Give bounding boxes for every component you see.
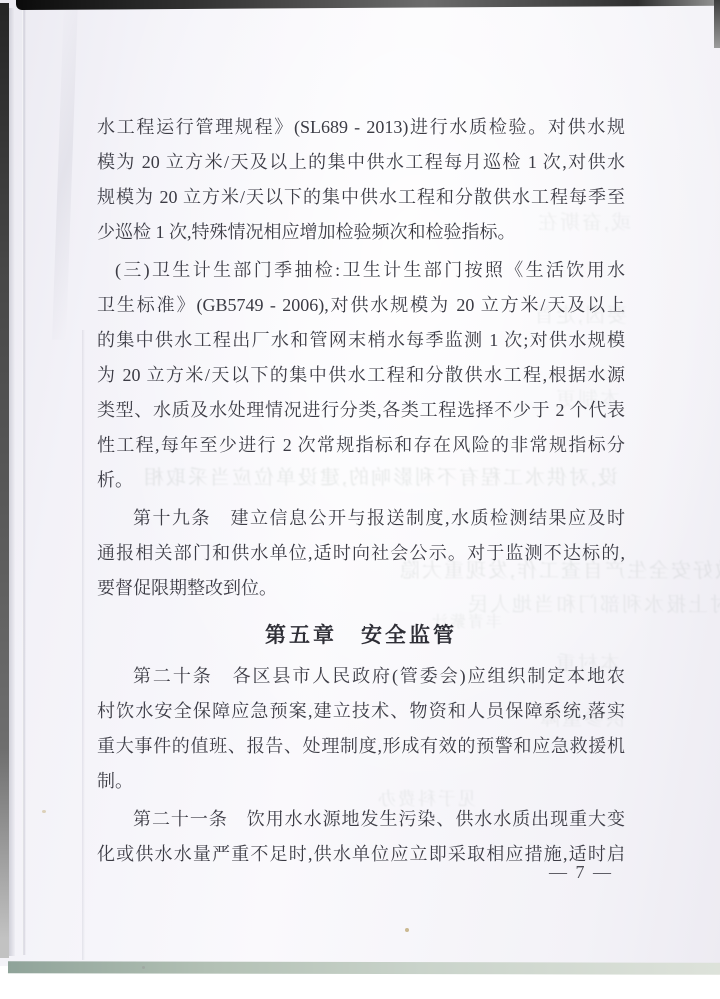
scanned-document-page: 或,奋斯在要因,走首本制更设,对供水工程有不利影响的,建设单位应当采取相要切实做… [0, 0, 720, 999]
text-line: 制。 [97, 764, 625, 799]
scanner-edge-bottom [8, 961, 720, 974]
text-line: 水工程运行管理规程》(SL689 - 2013)进行水质检验。对供水规 [97, 110, 625, 145]
text-line: 的集中供水工程出厂水和管网末梢水每季监测 1 次;对供水规模 [97, 323, 625, 358]
text-line: 第二十条 各区县市人民政府(管委会)应组织制定本地农 [97, 659, 625, 694]
text-line: 村饮水安全保障应急预案,建立技术、物资和人员保障系统,落实 [97, 694, 625, 729]
text-line: 通报相关部门和供水单位,适时向社会公示。对于监测不达标的, [97, 536, 625, 571]
paper-crease [22, 10, 26, 955]
text-line: 第二十一条 饮用水水源地发生污染、供水水质出现重大变 [97, 802, 625, 837]
text-line: (三)卫生计生部门季抽检:卫生计生部门按照《生活饮用水 [97, 253, 625, 288]
text-line: 第十九条 建立信息公开与报送制度,水质检测结果应及时 [97, 501, 625, 536]
text-line: 要督促限期整改到位。 [97, 571, 625, 606]
text-line: 重大事件的值班、报告、处理制度,形成有效的预警和应急救援机 [97, 729, 625, 764]
text-line: 化或供水水量严重不足时,供水单位应立即采取相应措施,适时启 [97, 837, 625, 872]
text-line: 性工程,每年至少进行 2 次常规指标和存在风险的非常规指标分 [97, 428, 625, 463]
text-line: 类型、水质及水处理情况进行分类,各类工程选择不少于 2 个代表 [97, 393, 625, 428]
text-line: 析。 [97, 463, 625, 498]
stain-speck [142, 966, 145, 969]
scanner-edge-right [714, 0, 720, 48]
paper-crease [82, 330, 85, 960]
chapter-heading: 第五章 安全监管 [97, 618, 625, 653]
stain-speck [42, 810, 46, 813]
page-stack-edge [9, 8, 15, 956]
text-line: 卫生标准》(GB5749 - 2006),对供水规模为 20 立方米/天及以上 [97, 288, 625, 323]
scanner-edge-left [0, 3, 9, 958]
stain-speck [405, 928, 409, 932]
text-line: 规模为 20 立方米/天以下的集中供水工程和分散供水工程每季至 [97, 180, 625, 215]
text-line: 为 20 立方米/天以下的集中供水工程和分散供水工程,根据水源 [97, 358, 625, 393]
text-line: 少巡检 1 次,特殊情况相应增加检验频次和检验指标。 [97, 215, 625, 250]
text-block: 水工程运行管理规程》(SL689 - 2013)进行水质检验。对供水规模为 20… [97, 110, 625, 872]
page-number: — 7 — [549, 860, 629, 884]
text-line: 模为 20 立方米/天及以上的集中供水工程每月巡检 1 次,对供水 [97, 145, 625, 180]
